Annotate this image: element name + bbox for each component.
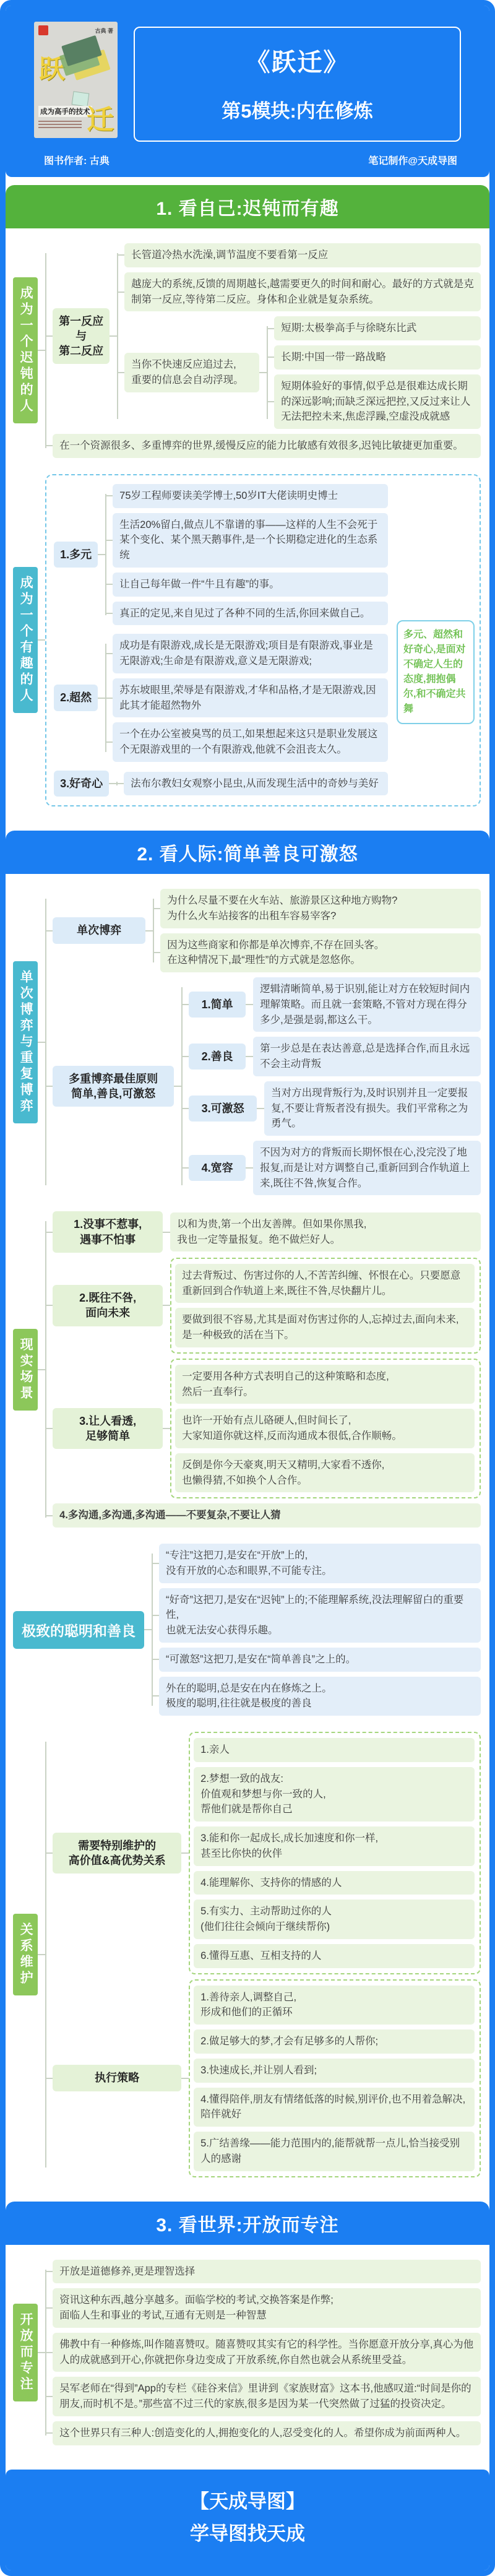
connector xyxy=(38,639,45,641)
high-value-item-4: 4.能理解你、支持你的情感的人 xyxy=(194,1871,475,1895)
vlabel-dull-person: 成为一个迟钝的人 xyxy=(13,277,38,423)
high-value-item-1: 1.亲人 xyxy=(194,1738,475,1762)
single-game-row: 单次博弈 为什么尽量不要在火车站、旅游景区这种地方购物? 为什么火车站接客的出租… xyxy=(53,889,481,972)
node-rule-forgive-past: 2.既往不咎, 面向未来 xyxy=(53,1285,163,1326)
page-subtitle: 第5模块:内在修炼 xyxy=(140,95,455,123)
node-principle-kind: 2.善良 xyxy=(189,1044,246,1070)
reaction-children: 长管道冷热水洗澡,调节温度不要看第一反应 越庞大的系统,反馈的周期越长,越需要更… xyxy=(117,243,481,429)
node-rule-no-trouble: 1.没事不惹事, 遇事不怕事 xyxy=(53,1211,163,1253)
list-item: 短期:太极拳高手与徐晓东比武 xyxy=(274,316,481,340)
game-children: 单次博弈 为什么尽量不要在火车站、旅游景区这种地方购物? 为什么火车站接客的出租… xyxy=(45,889,481,1195)
branch-game-theory: 单次博弈与重复博弈 单次博弈 为什么尽量不要在火车站、旅游景区这种地方购物? 为… xyxy=(13,889,481,1195)
connector xyxy=(163,1305,170,1306)
world-point-2: 资讯这种东西,越分享越多。面临学校的考试,交换答案是作弊; 面临人生和事业的考试… xyxy=(53,2288,481,2328)
list-item: 这个世界只有三种人:创造变化的人,拥抱变化的人,忍受变化的人。希望你成为前面两种… xyxy=(53,2421,481,2445)
world-point-5: 这个世界只有三种人:创造变化的人,拥抱变化的人,忍受变化的人。希望你成为前面两种… xyxy=(53,2421,481,2445)
strategy-item-3: 3.快速成长,并让别人看到; xyxy=(194,2059,475,2083)
reaction-tip-1: 长管道冷热水洗澡,调节温度不要看第一反应 xyxy=(124,243,481,267)
curiosity-children: 法布尔教妇女观察小昆虫,从而发现生活中的奇妙与美好 xyxy=(116,772,388,796)
connector xyxy=(110,335,117,337)
footer-slogan: 学导图找天成 xyxy=(6,2518,489,2551)
section1-banner: 1. 看自己:迟钝而有趣 xyxy=(6,185,489,228)
world-point-1: 开放是道德修养,更是理智选择 xyxy=(53,2260,481,2284)
section-see-world: 3. 看世界:开放而专注 开放而专注 开放是道德修养,更是理智选择 资讯这种东西… xyxy=(6,2202,489,2461)
list-item: “可激怒”这把刀,是安在“简单善良”之上的。 xyxy=(159,1648,481,1672)
dull-reaction-row: 第一反应 与 第二反应 长管道冷热水洗澡,调节温度不要看第一反应 越庞大的系统,… xyxy=(53,243,481,429)
fun-dashed-group: 多元、超然和好奇心,是面对不确定人生的态度,拥抱偶尔,和不确定共舞 1.多元 7… xyxy=(45,474,481,806)
connector xyxy=(181,2078,189,2079)
connector xyxy=(38,2352,45,2353)
principle-row: 3.可激怒 当对方出现背叛行为,及时识别并且一定要报复,不要让背叛者没有损失。我… xyxy=(189,1081,481,1136)
list-item: “专注”这把刀,是安在“开放”上的, 没有开放的心态和眼界,不可能专注。 xyxy=(159,1544,481,1583)
connector xyxy=(144,1629,152,1630)
list-item: 佛教中有一种修炼,叫作随喜赞叹。随喜赞叹其实有它的科学性。当你愿意开放分享,真心… xyxy=(53,2333,481,2372)
list-item: 长期:中国一带一路战略 xyxy=(274,345,481,370)
list-item: 在一个资源很多、多重博弈的世界,缓慢反应的能力比敏感有效很多,迟钝比敏捷更加重要… xyxy=(53,434,481,458)
connector xyxy=(259,372,267,373)
section3-banner: 3. 看世界:开放而专注 xyxy=(6,2202,489,2245)
short-term-example: 短期:太极拳高手与徐晓东比武 xyxy=(274,316,481,340)
list-item: 真正的定见,来自见过了各种不同的生活,你回来做自己。 xyxy=(113,602,388,626)
smart-point-4: 外在的聪明,总是安在内在修炼之上。 极度的聪明,往往就是极度的善良 xyxy=(159,1677,481,1716)
connector xyxy=(257,1108,264,1109)
publisher-seal-icon xyxy=(38,25,48,35)
vlabel-open-focused: 开放而专注 xyxy=(13,2304,38,2401)
footer-brand: 【天成导图】 xyxy=(6,2486,489,2518)
list-item: 75岁工程师要读美学博士,50岁IT大佬读明史博士 xyxy=(113,484,388,508)
fun-branch-1: 1.多元 75岁工程师要读美学博士,50岁IT大佬读明史博士 生活20%留白,做… xyxy=(54,484,388,626)
section3-body: 开放而专注 开放是道德修养,更是理智选择 资讯这种东西,越分享越多。面临学校的考… xyxy=(6,2245,489,2461)
rule-forgive-point-2: 要做到很不容易,尤其是面对伤害过你的人,忘掉过去,面向未来,是一种极致的活在当下… xyxy=(175,1308,475,1347)
branch-relationship-care: 关系维护 需要特别维护的 高价值&高优势关系 1.亲人 2.梦想一致的战友: 价… xyxy=(13,1732,481,2177)
strategy-item-4: 4.懂得陪伴,朋友有情绪低落的时候,别评价,也不用着急解决,陪伴就好 xyxy=(194,2088,475,2127)
multi-game-row: 多重博弈最佳原则 简单,善良,可激怒 1.简单 逻辑清晰简单,易于识别,能让对方… xyxy=(53,977,481,1195)
dull-children: 第一反应 与 第二反应 长管道冷热水洗澡,调节温度不要看第一反应 越庞大的系统,… xyxy=(45,243,481,458)
book-author: 图书作者: 古典 xyxy=(44,153,110,167)
node-single-game: 单次博弈 xyxy=(53,917,145,943)
section1-body: 成为一个迟钝的人 第一反应 与 第二反应 长管道冷热水洗澡,调节温度不要看第一反… xyxy=(6,228,489,823)
principle-row: 4.宽容 不因为对方的背叛而长期怀恨在心,没完没了地报复,而是让对方调整自己,重… xyxy=(189,1141,481,1195)
rule-forgive-point-1: 过去背叛过、伤害过你的人,不苦苦纠缠、怀恨在心。只要愿意重新回到合作轨道上来,既… xyxy=(175,1264,475,1303)
list-item: 当你不快速反应追过去, 重要的信息会自动浮现。 短期:太极拳高手与徐晓东比武 长… xyxy=(124,316,481,429)
connector xyxy=(246,1004,253,1005)
strategy-group: 1.善待亲人,调整自己, 形成和他们的正循环 2.做足够大的梦,才会有足够多的人… xyxy=(189,1979,481,2177)
title-box: 《跃迁》 第5模块:内在修炼 xyxy=(134,27,461,142)
detachment-children: 成功是有限游戏,成长是无限游戏;项目是有限游戏,事业是无限游戏;生命是有限游戏,… xyxy=(105,634,388,762)
list-item: 开放是道德修养,更是理智选择 xyxy=(53,2260,481,2284)
single-game-point-1: 为什么尽量不要在火车站、旅游景区这种地方购物? 为什么火车站接客的出租车容易宰客… xyxy=(160,889,481,928)
principle-row: 1.简单 逻辑清晰简单,易于识别,能让对方在较短时间内理解策略。而且就一套策略,… xyxy=(189,977,481,1032)
node-principle-forgiving: 4.宽容 xyxy=(189,1155,246,1181)
note-credit: 笔记制作@天成导图 xyxy=(368,153,457,167)
list-item: 吴军老师在“得到”App的专栏《硅谷来信》里讲到《家族财富》这本书,他感叹道:“… xyxy=(53,2377,481,2416)
cover-smallprint xyxy=(38,121,82,129)
connector xyxy=(174,1086,181,1087)
strategy-item-2: 2.做足够大的梦,才会有足够多的人帮你; xyxy=(194,2029,475,2054)
vlabel-game-theory: 单次博弈与重复博弈 xyxy=(13,961,38,1123)
list-item: 一个在办公室被臭骂的员工,如果想起来这只是职业发展这个无限游戏里的一个有限游戏,… xyxy=(113,722,388,762)
relationship-children: 需要特别维护的 高价值&高优势关系 1.亲人 2.梦想一致的战友: 价值观和梦想… xyxy=(45,1732,481,2177)
strategy-item-1: 1.善待亲人,调整自己, 形成和他们的正循环 xyxy=(194,1986,475,2025)
real-children: 1.没事不惹事, 遇事不怕事 以和为贵,第一个出友善牌。但如果你黑我, 我也一定… xyxy=(45,1211,481,1528)
principle-forgiving-text: 不因为对方的背叛而长期怀恨在心,没完没了地报复,而是让对方调整自己,重新回到合作… xyxy=(253,1141,481,1195)
node-principle-simple: 1.简单 xyxy=(189,992,246,1018)
list-item: 为什么尽量不要在火车站、旅游景区这种地方购物? 为什么火车站接客的出租车容易宰客… xyxy=(160,889,481,928)
rule-no-trouble-text: 以和为贵,第一个出友善牌。但如果你黑我, 我也一定等量报复。绝不做烂好人。 xyxy=(170,1212,481,1252)
connector xyxy=(98,554,105,555)
connector xyxy=(38,1369,45,1370)
reaction-tip-3: 当你不快速反应追过去, 重要的信息会自动浮现。 xyxy=(124,353,259,392)
list-item: 外在的聪明,总是安在内在修炼之上。 极度的聪明,往往就是极度的善良 xyxy=(159,1677,481,1716)
rule-forgive-group: 过去背叛过、伤害过你的人,不苦苦纠缠、怀恨在心。只要愿意重新回到合作轨道上来,既… xyxy=(170,1258,481,1354)
list-item: “好奇”这把刀,是安在“迟钝”上的;不能理解系统,没法理解留白的重要性, 也就无… xyxy=(159,1588,481,1643)
rule-transparent-point-3: 反倒是你今天豪爽,明天又精明,大家看不透你, 也懒得猜,不如换个人合作。 xyxy=(175,1453,475,1493)
single-game-children: 为什么尽量不要在火车站、旅游景区这种地方购物? 为什么火车站接客的出租车容易宰客… xyxy=(153,889,481,972)
curiosity-point-1: 法布尔教妇女观察小昆虫,从而发现生活中的奇妙与美好 xyxy=(124,772,388,796)
high-value-group: 1.亲人 2.梦想一致的战友: 价值观和梦想与你一致的人, 帮他们就是帮你自己 … xyxy=(189,1732,481,1974)
diversity-point-4: 真正的定见,来自见过了各种不同的生活,你回来做自己。 xyxy=(113,602,388,626)
connector xyxy=(145,930,153,931)
branch-dull-person: 成为一个迟钝的人 第一反应 与 第二反应 长管道冷热水洗澡,调节温度不要看第一反… xyxy=(13,243,481,458)
real-rule-4-row: 4.多沟通,多沟通,多沟通——不要复杂,不要让人猜 xyxy=(53,1503,481,1528)
section-see-relationships: 2. 看人际:简单善良可激怒 单次博弈与重复博弈 单次博弈 为什么尽量不要在火车… xyxy=(6,831,489,2193)
node-multi-game-principle: 多重博弈最佳原则 简单,善良,可激怒 xyxy=(53,1066,174,1107)
detachment-point-1: 成功是有限游戏,成长是无限游戏;项目是有限游戏,事业是无限游戏;生命是有限游戏,… xyxy=(113,634,388,673)
reaction-tip-2: 越庞大的系统,反馈的周期越长,越需要更久的时间和耐心。最好的方式就是克制第一反应… xyxy=(124,272,481,312)
connector xyxy=(38,1042,45,1043)
connector xyxy=(246,1056,253,1057)
principle-kind-text: 第一步总是在表达善意,总是选择合作,而且永远不会主动背叛 xyxy=(253,1037,481,1076)
diversity-point-2: 生活20%留白,做点儿不靠谱的事——这样的人生不会死于某个变化、某个黑天鹅事件,… xyxy=(113,513,388,568)
smart-point-1: “专注”这把刀,是安在“开放”上的, 没有开放的心态和眼界,不可能专注。 xyxy=(159,1544,481,1583)
rule-communicate: 4.多沟通,多沟通,多沟通——不要复杂,不要让人猜 xyxy=(53,1503,481,1528)
high-value-item-5: 5.有实力、主动帮助过你的人 (他们往往会倾向于继续帮你) xyxy=(194,1900,475,1939)
node-diversity: 1.多元 xyxy=(54,542,98,568)
cover-char-qian: 迁 xyxy=(87,97,114,137)
connector xyxy=(181,1852,189,1854)
node-rule-transparent: 3.让人看透, 足够简单 xyxy=(53,1408,163,1450)
world-point-4: 吴军老师在“得到”App的专栏《硅谷来信》里讲到《家族财富》这本书,他感叹道:“… xyxy=(53,2377,481,2416)
poster-frame: 古典 著 跃 成为高手的技术 迁 《跃迁》 第5模块:内在修炼 图书作者: 古典… xyxy=(0,0,495,2576)
fun-branch-2: 2.超然 成功是有限游戏,成长是无限游戏;项目是有限游戏,事业是无限游戏;生命是… xyxy=(54,634,388,762)
cover-char-yue: 跃 xyxy=(39,49,65,86)
cover-illustration xyxy=(61,35,102,66)
strategy-row: 执行策略 1.善待亲人,调整自己, 形成和他们的正循环 2.做足够大的梦,才会有… xyxy=(53,1979,481,2177)
credits-row: 图书作者: 古典 笔记制作@天成导图 xyxy=(17,144,478,172)
real-rule-3-row: 3.让人看透, 足够简单 一定要用各种方式表明自己的这种策略和态度, 然后一直奉… xyxy=(53,1359,481,1499)
single-game-point-2: 因为这些商家和你都是单次博弈,不存在回头客。 在这种情况下,最“理性”的方式就是… xyxy=(160,933,481,973)
list-item: 成功是有限游戏,成长是无限游戏;项目是有限游戏,事业是无限游戏;生命是有限游戏,… xyxy=(113,634,388,673)
page-title: 《跃迁》 xyxy=(140,43,455,78)
real-rule-1-row: 1.没事不惹事, 遇事不怕事 以和为贵,第一个出友善牌。但如果你黑我, 我也一定… xyxy=(53,1211,481,1253)
branch-fun-person: 成为一个有趣的人 多元、超然和好奇心,是面对不确定人生的态度,拥抱偶尔,和不确定… xyxy=(13,474,481,806)
node-curiosity: 3.好奇心 xyxy=(54,771,109,797)
section-see-yourself: 1. 看自己:迟钝而有趣 成为一个迟钝的人 第一反应 与 第二反应 长管道冷热水… xyxy=(6,185,489,823)
rule-transparent-group: 一定要用各种方式表明自己的这种策略和态度, 然后一直奉行。 也许一开始有点儿硌硬… xyxy=(170,1359,481,1499)
list-item: 短期体验好的事情,似乎总是很难达成长期的深远影响;而缺乏深远把控,又反过来让人无… xyxy=(274,374,481,429)
high-value-item-3: 3.能和你一起成长,成长加速度和你一样, 甚至比你快的伙伴 xyxy=(194,1826,475,1866)
vlabel-fun-person: 成为一个有趣的人 xyxy=(13,567,38,713)
connector xyxy=(163,1428,170,1429)
smart-point-2: “好奇”这把刀,是安在“迟钝”上的;不能理解系统,没法理解留白的重要性, 也就无… xyxy=(159,1588,481,1643)
list-item: 资讯这种东西,越分享越多。面临学校的考试,交换答案是作弊; 面临人生和事业的考试… xyxy=(53,2288,481,2328)
vlabel-real-scenes: 现实场景 xyxy=(13,1329,38,1411)
vlabel-relationship-care: 关系维护 xyxy=(13,1914,38,1995)
detachment-point-2: 苏东坡眼里,荣辱是有限游戏,才华和品格,才是无限游戏,因此其才能超然物外 xyxy=(113,678,388,718)
connector xyxy=(109,783,116,784)
diversity-point-1: 75岁工程师要读美学博士,50岁IT大佬读明史博士 xyxy=(113,484,388,508)
list-item: 法布尔教妇女观察小昆虫,从而发现生活中的奇妙与美好 xyxy=(124,772,388,796)
strategy-item-5: 5.广结善缘——能力范围内的,能帮就帮一点儿,恰当接受别人的感谢 xyxy=(194,2132,475,2171)
connector xyxy=(38,350,45,351)
high-value-item-6: 6.懂得互惠、互相支持的人 xyxy=(194,1944,475,1968)
short-vs-long-note: 短期体验好的事情,似乎总是很难达成长期的深远影响;而缺乏深远把控,又反过来让人无… xyxy=(274,374,481,429)
footer: 【天成导图】 学导图找天成 xyxy=(6,2470,489,2570)
branch-ultimate-smart-kind: 极致的聪明和善良 “专注”这把刀,是安在“开放”上的, 没有开放的心态和眼界,不… xyxy=(13,1544,481,1716)
smart-children: “专注”这把刀,是安在“开放”上的, 没有开放的心态和眼界,不可能专注。 “好奇… xyxy=(152,1544,481,1716)
fun-side-note: 多元、超然和好奇心,是面对不确定人生的态度,拥抱偶尔,和不确定共舞 xyxy=(397,620,475,724)
node-high-value-relations: 需要特别维护的 高价值&高优势关系 xyxy=(53,1833,181,1874)
cover-tagline: 成为高手的技术 xyxy=(38,106,92,117)
connector xyxy=(38,1954,45,1955)
rule-transparent-point-1: 一定要用各种方式表明自己的这种策略和态度, 然后一直奉行。 xyxy=(175,1365,475,1404)
principle-simple-text: 逻辑清晰简单,易于识别,能让对方在较短时间内理解策略。而且就一套策略,不管对方现… xyxy=(253,977,481,1032)
diversity-point-3: 让自己每年做一件“牛且有趣”的事。 xyxy=(113,573,388,597)
node-detachment: 2.超然 xyxy=(54,685,98,711)
smart-point-3: “可激怒”这把刀,是安在“简单善良”之上的。 xyxy=(159,1648,481,1672)
reaction-tip-3-children: 短期:太极拳高手与徐晓东比武 长期:中国一带一路战略 短期体验好的事情,似乎总是… xyxy=(267,316,481,429)
long-term-example: 长期:中国一带一路战略 xyxy=(274,345,481,370)
fun-branch-3: 3.好奇心 法布尔教妇女观察小昆虫,从而发现生活中的奇妙与美好 xyxy=(54,771,388,797)
connector xyxy=(246,1167,253,1169)
list-item: 让自己每年做一件“牛且有趣”的事。 xyxy=(113,573,388,597)
node-first-second-reaction: 第一反应 与 第二反应 xyxy=(53,308,110,365)
multi-game-children: 1.简单 逻辑清晰简单,易于识别,能让对方在较短时间内理解策略。而且就一套策略,… xyxy=(181,977,481,1195)
header: 古典 著 跃 成为高手的技术 迁 《跃迁》 第5模块:内在修炼 图书作者: 古典… xyxy=(6,6,489,177)
cover-byline: 古典 著 xyxy=(95,27,113,35)
open-focused-children: 开放是道德修养,更是理智选择 资讯这种东西,越分享越多。面临学校的考试,交换答案… xyxy=(45,2260,481,2445)
high-value-row: 需要特别维护的 高价值&高优势关系 1.亲人 2.梦想一致的战友: 价值观和梦想… xyxy=(53,1732,481,1974)
book-cover: 古典 著 跃 成为高手的技术 迁 xyxy=(34,22,118,138)
list-item: 越庞大的系统,反馈的周期越长,越需要更久的时间和耐心。最好的方式就是克制第一反应… xyxy=(124,272,481,312)
section2-body: 单次博弈与重复博弈 单次博弈 为什么尽量不要在火车站、旅游景区这种地方购物? 为… xyxy=(6,874,489,2193)
list-item: 长管道冷热水洗澡,调节温度不要看第一反应 xyxy=(124,243,481,267)
connector xyxy=(98,698,105,699)
connector xyxy=(163,1232,170,1233)
diversity-children: 75岁工程师要读美学博士,50岁IT大佬读明史博士 生活20%留白,做点儿不靠谱… xyxy=(105,484,388,626)
dull-conclusion: 在一个资源很多、多重博弈的世界,缓慢反应的能力比敏感有效很多,迟钝比敏捷更加重要… xyxy=(53,434,481,458)
rule-transparent-point-2: 也许一开始有点儿硌硬人,但时间长了, 大家知道你就这样,反而沟通成本很低,合作顺… xyxy=(175,1409,475,1448)
branch-real-scenes: 现实场景 1.没事不惹事, 遇事不怕事 以和为贵,第一个出友善牌。但如果你黑我,… xyxy=(13,1211,481,1528)
section2-banner: 2. 看人际:简单善良可激怒 xyxy=(6,831,489,874)
world-point-3: 佛教中有一种修炼,叫作随喜赞叹。随喜赞叹其实有它的科学性。当你愿意开放分享,真心… xyxy=(53,2333,481,2372)
real-rule-2-row: 2.既往不咎, 面向未来 过去背叛过、伤害过你的人,不苦苦纠缠、怀恨在心。只要愿… xyxy=(53,1258,481,1354)
node-ultimate-smart-kind: 极致的聪明和善良 xyxy=(13,1611,144,1649)
principle-row: 2.善良 第一步总是在表达善意,总是选择合作,而且永远不会主动背叛 xyxy=(189,1037,481,1076)
list-item: 苏东坡眼里,荣辱是有限游戏,才华和品格,才是无限游戏,因此其才能超然物外 xyxy=(113,678,388,718)
high-value-item-2: 2.梦想一致的战友: 价值观和梦想与你一致的人, 帮他们就是帮你自己 xyxy=(194,1767,475,1822)
node-principle-provocable: 3.可激怒 xyxy=(189,1096,257,1122)
branch-open-focused: 开放而专注 开放是道德修养,更是理智选择 资讯这种东西,越分享越多。面临学校的考… xyxy=(13,2260,481,2445)
list-item: 因为这些商家和你都是单次博弈,不存在回头客。 在这种情况下,最“理性”的方式就是… xyxy=(160,933,481,973)
detachment-point-3: 一个在办公室被臭骂的员工,如果想起来这只是职业发展这个无限游戏里的一个有限游戏,… xyxy=(113,722,388,762)
principle-provocable-text: 当对方出现背叛行为,及时识别并且一定要报复,不要让背叛者没有损失。我们平常称之为… xyxy=(264,1081,481,1136)
header-main: 古典 著 跃 成为高手的技术 迁 《跃迁》 第5模块:内在修炼 xyxy=(17,22,478,144)
list-item: 生活20%留白,做点儿不靠谱的事——这样的人生不会死于某个变化、某个黑天鹅事件,… xyxy=(113,513,388,568)
node-execution-strategy: 执行策略 xyxy=(53,2065,181,2091)
